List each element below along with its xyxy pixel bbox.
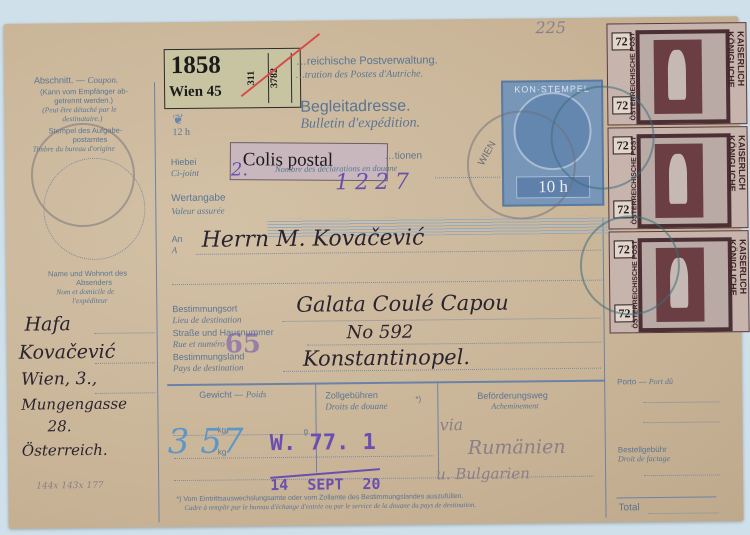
sender-line-5: 28.	[47, 417, 71, 435]
time-mark: 12 h	[172, 128, 190, 138]
pencil-note: 144x 143x 177	[36, 481, 104, 492]
to-label-fr: A	[172, 245, 178, 255]
place-label-de: Bestimmungsort	[172, 303, 237, 314]
coupon-title: Abschnitt. — Coupon.	[34, 75, 118, 86]
routing-line-3: u. Bulgarien	[436, 464, 530, 483]
weight-header: Gewicht — Poids	[199, 389, 266, 400]
customs-header-fr: Droits de douane	[325, 401, 387, 412]
parcel-card: 225 1858 Wien 45 311 3782 ❦ …reichische …	[3, 16, 743, 529]
total-label: Total	[618, 503, 639, 513]
sender-line-4: Mungengasse	[21, 395, 127, 414]
registration-label: 1858 Wien 45 311 3782	[164, 48, 302, 109]
enclosures-label-de: Hiebei	[171, 157, 197, 167]
delivery-fee-label-fr: Droit de factage	[618, 454, 670, 465]
sender-label-fr-2: l'expéditeur	[72, 296, 107, 306]
coupon-divider	[154, 82, 160, 522]
coupon-stamp-circle	[43, 157, 146, 260]
weight-value: 3 57	[168, 421, 244, 462]
destination-country: Konstantinopel.	[303, 345, 470, 371]
date-stamp-top: W. 77. 1	[270, 430, 376, 456]
street-number: No 592	[347, 322, 414, 344]
country-label-de: Bestimmungsland	[173, 351, 245, 362]
porto-label: Porto — Port dû	[617, 377, 673, 388]
street-label-fr: Rue et numéro	[173, 339, 225, 350]
pencil-number: 225	[535, 18, 566, 37]
destination-place: Galata Coulé Capou	[296, 291, 509, 317]
value-label-fr: Valeur assurée	[171, 206, 224, 217]
to-label-de: An	[172, 234, 183, 244]
value-label-de: Wertangabe	[171, 194, 225, 205]
postmark-2	[550, 85, 655, 190]
registration-office: Wien 45	[169, 84, 222, 102]
routing-header-fr: Acheminement	[491, 401, 538, 411]
sender-line-6: Österreich.	[22, 441, 108, 460]
header-fr: …tration des Postes d'Autriche.	[296, 69, 423, 80]
routing-header-de: Beförderungsweg	[477, 390, 548, 401]
declarations-value: 1227	[335, 170, 415, 196]
registration-col2: 3782	[269, 53, 293, 103]
date-stamp-bottom: 14 SEPT 20	[270, 475, 380, 494]
enclosures-label-fr: Ci-joint	[171, 168, 199, 178]
sender-line-3: Wien, 3.,	[21, 369, 97, 390]
place-label-fr: Lieu de destination	[172, 314, 241, 325]
title-fr: Bulletin d'expédition.	[300, 116, 420, 133]
recipient-name: Herrn M. Kovačević	[202, 225, 425, 252]
customs-header-de: Zollgebühren	[325, 390, 378, 401]
sender-line-2: Kovačević	[19, 341, 116, 364]
registration-col1: 311	[246, 53, 270, 103]
registration-number: 1858	[171, 52, 221, 81]
routing-line-1: via	[439, 415, 463, 434]
country-label-fr: Pays de destination	[173, 362, 244, 373]
header-de: …reichische Postverwaltung.	[296, 55, 438, 66]
routing-line-2: Rumänien	[468, 436, 566, 459]
postmark-3	[579, 215, 680, 316]
declarations-label-de: …tionen	[385, 151, 422, 161]
customs-note-mark: *)	[415, 395, 421, 405]
enclosures-value: 2.	[231, 159, 248, 180]
portrait-icon	[655, 144, 704, 218]
portrait-icon	[654, 40, 703, 114]
sender-line-1: Hafa	[24, 313, 70, 335]
table-top-rule	[167, 380, 605, 386]
title-de: Begleitadresse.	[300, 98, 410, 117]
